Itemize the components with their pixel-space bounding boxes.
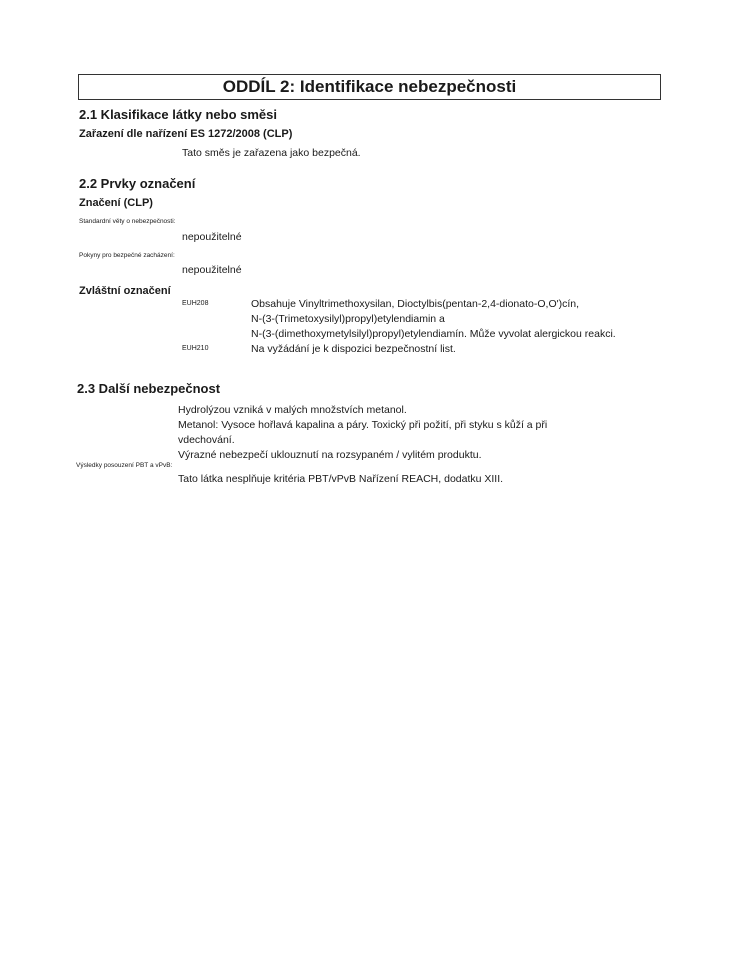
euh208-line-3: N-(3-(dimethoxymetylsilyl)propyl)etylend…: [251, 328, 616, 340]
special-labelling-heading: Zvláštní označení: [79, 285, 171, 297]
other-hazard-line-1: Hydrolýzou vzniká v malých množstvích me…: [178, 404, 407, 416]
euh210-code: EUH210: [182, 345, 208, 352]
hazard-statements-value: nepoužitelné: [182, 231, 242, 243]
pbt-assessment-value: Tato látka nesplňuje kritéria PBT/vPvB N…: [178, 473, 503, 485]
precautionary-statements-label: Pokyny pro bezpečné zacházení:: [79, 252, 175, 259]
heading-2-3: 2.3 Další nebezpečnost: [77, 381, 220, 396]
other-hazard-line-2: Metanol: Vysoce hořlavá kapalina a páry.…: [178, 419, 547, 431]
euh208-line-1: Obsahuje Vinyltrimethoxysilan, Dioctylbi…: [251, 298, 579, 310]
euh208-code: EUH208: [182, 300, 208, 307]
euh208-line-2: N-(3-(Trimetoxysilyl)propyl)etylendiamin…: [251, 313, 445, 325]
hazard-statements-label: Standardní věty o nebezpečnosti:: [79, 218, 175, 225]
other-hazard-line-4: Výrazné nebezpečí uklouznutí na rozsypan…: [178, 449, 482, 461]
euh210-line-1: Na vyžádání je k dispozici bezpečnostní …: [251, 343, 456, 355]
heading-2-2: 2.2 Prvky označení: [79, 176, 195, 191]
subheading-clp-labelling: Značení (CLP): [79, 197, 153, 209]
subheading-clp-classification: Zařazení dle nařízení ES 1272/2008 (CLP): [79, 128, 292, 140]
heading-2-1: 2.1 Klasifikace látky nebo směsi: [79, 107, 277, 122]
pbt-assessment-label: Výsledky posouzení PBT a vPvB:: [76, 462, 172, 469]
precautionary-statements-value: nepoužitelné: [182, 264, 242, 276]
section-title: ODDÍL 2: Identifikace nebezpečnosti: [78, 74, 661, 100]
other-hazard-line-3: vdechování.: [178, 434, 235, 446]
classification-text: Tato směs je zařazena jako bezpečná.: [182, 147, 361, 159]
